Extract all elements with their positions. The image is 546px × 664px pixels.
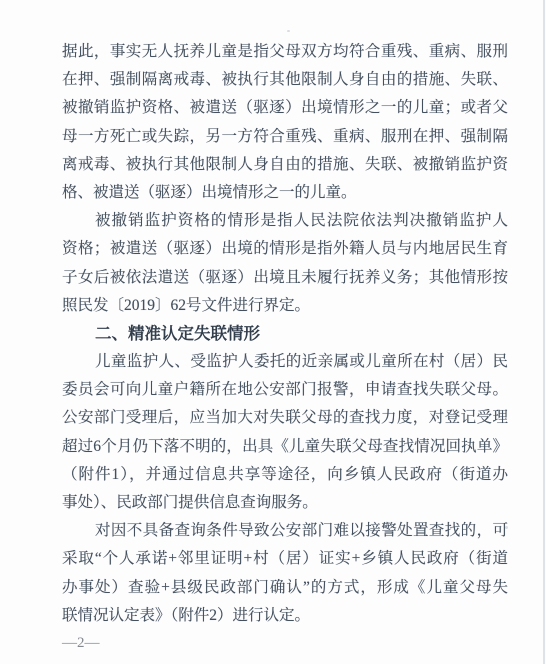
text-line: 对因不具备查询条件导致公安部门难以接警处置查找的，可	[62, 517, 508, 545]
text-line: 委员会可向儿童户籍所在地公安部门报警，申请查找失联父母。	[62, 376, 508, 404]
text-line: 据此，事实无人抚养儿童是指父母双方均符合重残、重病、服刑	[62, 38, 508, 66]
text-line: 照民发〔2019〕62号文件进行界定。	[62, 292, 508, 320]
text-line: 采取“个人承诺+邻里证明+村（居）证实+乡镇人民政府（街道	[62, 545, 508, 573]
text-line: 儿童监护人、受监护人委托的近亲属或儿童所在村（居）民	[62, 348, 508, 376]
text-line: 联情况认定表》（附件2）进行认定。	[62, 602, 508, 630]
text-line: 超过6个月仍下落不明的，出具《儿童失联父母查找情况回执单》	[62, 433, 508, 461]
text-line: 离戒毒、被执行其他限制人身自由的措施、失联、被撤销监护资	[62, 151, 508, 179]
scan-speck	[287, 30, 290, 32]
text-line: 母一方死亡或失踪，另一方符合重残、重病、服刑在押、强制隔	[62, 123, 508, 151]
text-line: 子女后被依法遣送（驱逐）出境且未履行抚养义务；其他情形按	[62, 264, 508, 292]
text-line: 被撤销监护资格的情形是指人民法院依法判决撤销监护人	[62, 207, 508, 235]
scan-edge-shadow	[543, 0, 545, 664]
scanned-document-page: 据此，事实无人抚养儿童是指父母双方均符合重残、重病、服刑在押、强制隔离戒毒、被执…	[0, 0, 546, 664]
text-line: 在押、强制隔离戒毒、被执行其他限制人身自由的措施、失联、	[62, 66, 508, 94]
text-line: 被撤销监护资格、被遣送（驱逐）出境情形之一的儿童；或者父	[62, 94, 508, 122]
text-line: 公安部门受理后，应当加大对失联父母的查找力度，对登记受理	[62, 404, 508, 432]
text-line: 事处）、民政部门提供信息查询服务。	[62, 489, 508, 517]
document-text: 据此，事实无人抚养儿童是指父母双方均符合重残、重病、服刑在押、强制隔离戒毒、被执…	[62, 38, 508, 630]
section-heading: 二、精准认定失联情形	[62, 320, 508, 348]
text-line: 资格；被遣送（驱逐）出境的情形是指外籍人员与内地居民生育	[62, 235, 508, 263]
text-line: （附件1），并通过信息共享等途径，向乡镇人民政府（街道办	[62, 461, 508, 489]
text-line: 办事处）查验+县级民政部门确认”的方式，形成《儿童父母失	[62, 574, 508, 602]
page-number: —2—	[62, 636, 100, 651]
text-line: 格、被遣送（驱逐）出境情形之一的儿童。	[62, 179, 508, 207]
